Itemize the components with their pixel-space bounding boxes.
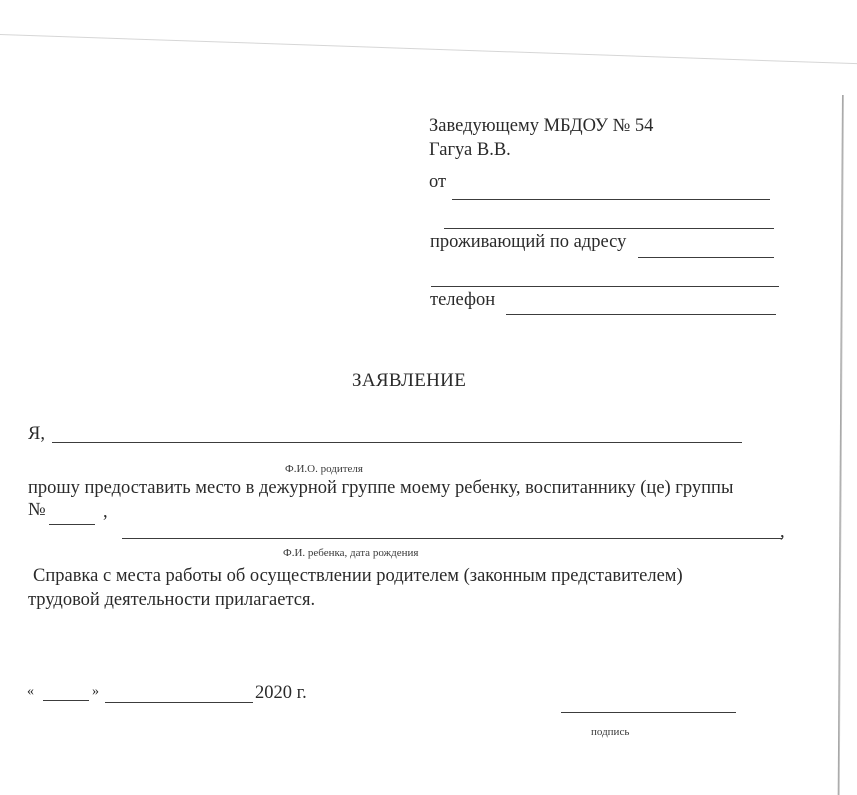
child-name-birthdate-field[interactable] (122, 538, 782, 539)
signature-field[interactable] (561, 712, 736, 713)
child-name-caption: Ф.И. ребенка, дата рождения (283, 547, 418, 559)
phone-label: телефон (430, 290, 495, 311)
address-label: проживающий по адресу (430, 232, 626, 253)
year-label: 2020 г. (255, 683, 307, 704)
page-edge-shadow (838, 95, 844, 795)
addressee-line-1: Заведующему МБДОУ № 54 (429, 116, 653, 137)
signature-caption: подпись (591, 726, 629, 738)
parent-name-caption: Ф.И.О. родителя (285, 463, 363, 475)
phone-field[interactable] (506, 314, 776, 315)
from-name-field-continued[interactable] (444, 228, 774, 229)
day-field[interactable] (43, 700, 89, 701)
i-label: Я, (28, 424, 45, 445)
month-field[interactable] (105, 702, 253, 703)
from-label: от (429, 172, 446, 193)
day-quote-open: « (27, 684, 34, 700)
address-field[interactable] (638, 257, 774, 258)
group-number-field[interactable] (49, 524, 95, 525)
addressee-line-2: Гагуа В.В. (429, 140, 511, 161)
request-text: прошу предоставить место в дежурной груп… (28, 478, 733, 499)
group-number-comma: , (103, 502, 108, 523)
parent-name-field[interactable] (52, 442, 742, 443)
attachment-note-line-2: трудовой деятельности прилагается. (28, 590, 315, 611)
address-field-continued[interactable] (431, 286, 779, 287)
day-quote-close: » (92, 684, 99, 700)
from-name-field[interactable] (452, 199, 770, 200)
group-number-label: № (28, 500, 46, 521)
attachment-note-line-1: Справка с места работы об осуществлении … (33, 566, 683, 587)
page-fold-line (0, 34, 857, 65)
child-field-comma: , (780, 522, 785, 543)
document-title: ЗАЯВЛЕНИЕ (352, 370, 466, 392)
